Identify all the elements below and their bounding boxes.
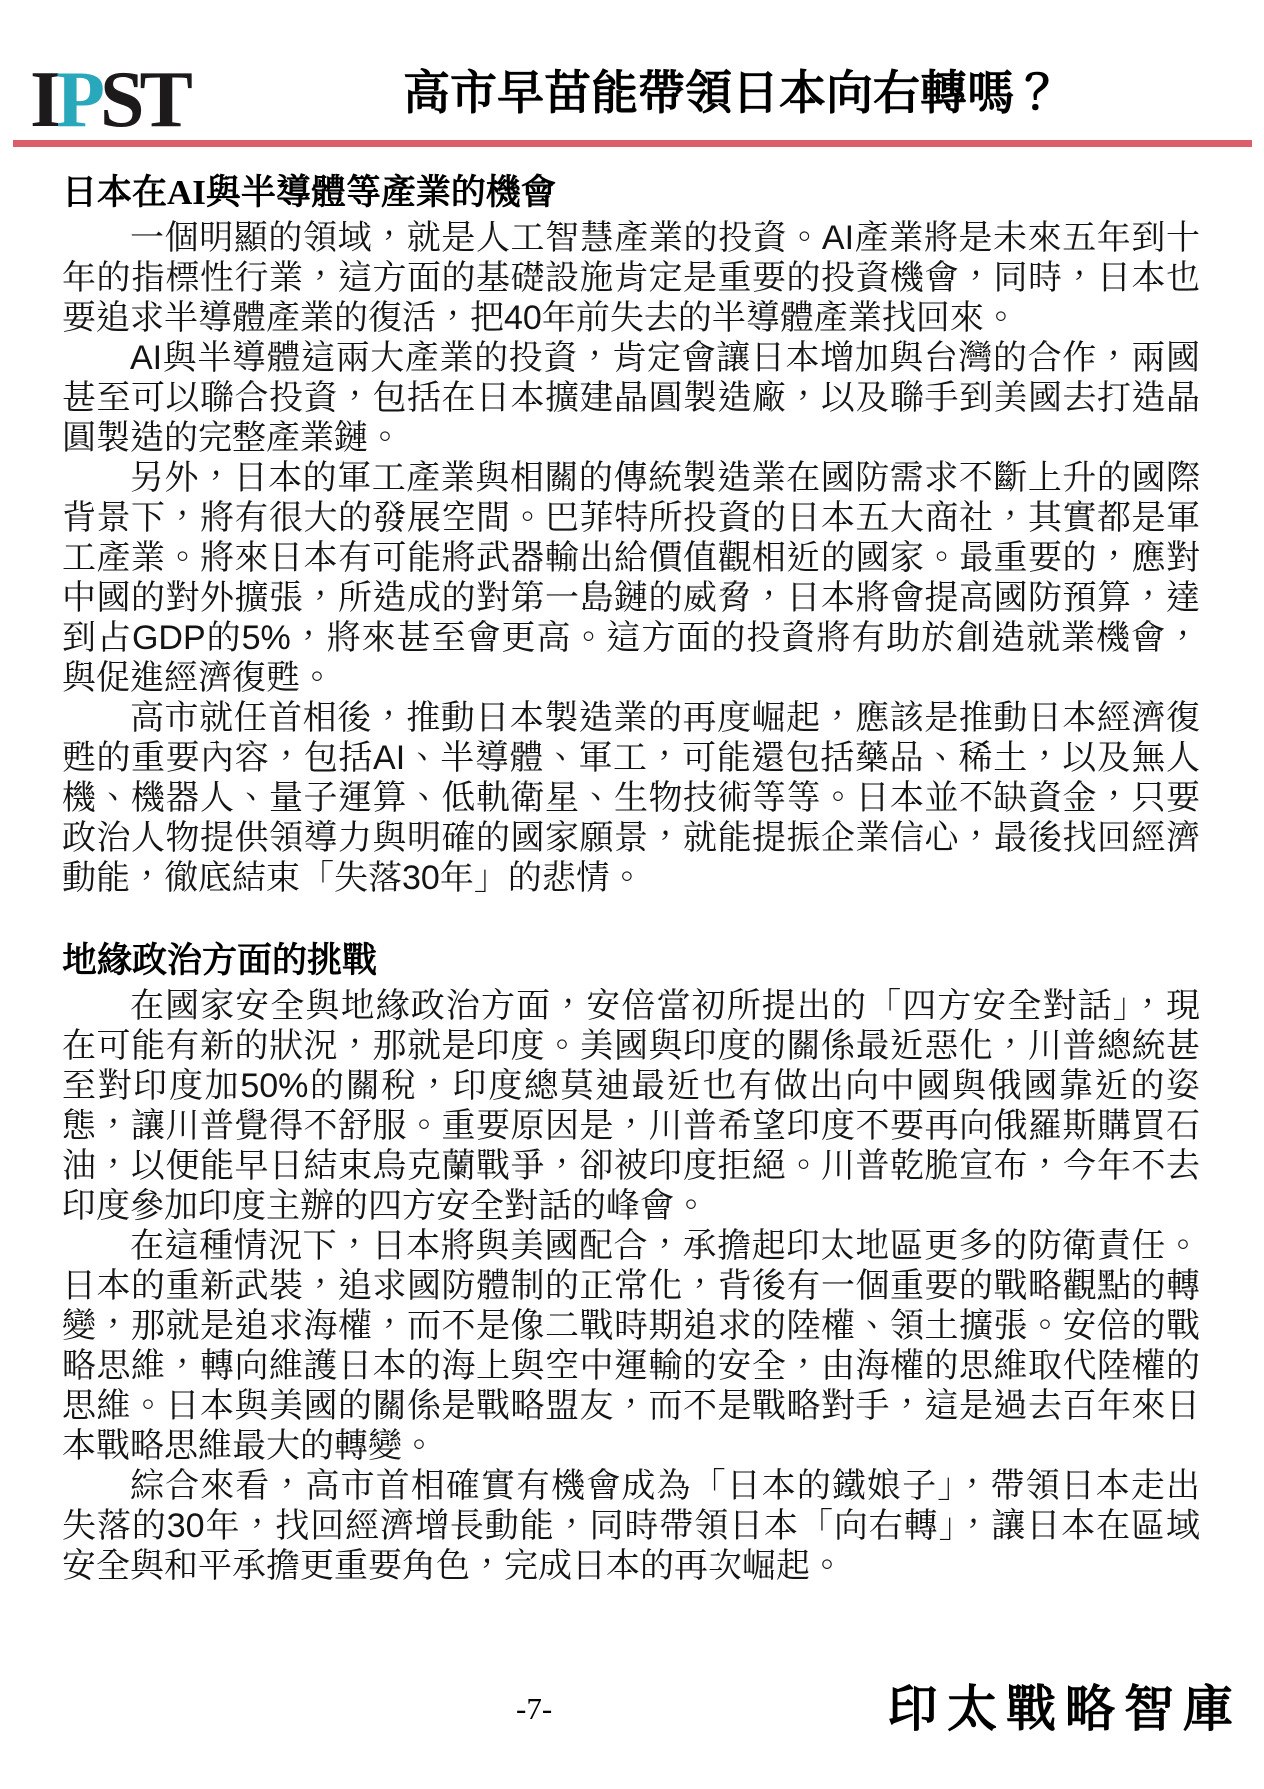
logo-letter-i: I [30, 56, 56, 144]
article-body: 日本在AI與半導體等產業的機會 一個明顯的領域，就是人工智慧產業的投資。AI產業… [62, 172, 1200, 1586]
paragraph-defense-industry: 另外，日本的軍工產業與相關的傳統製造業在國防需求不斷上升的國際背景下，將有很大的… [62, 458, 1200, 698]
logo-letters-st: ST [100, 56, 188, 144]
article-title: 高市早苗能帶領日本向右轉嗎？ [240, 66, 1224, 122]
page-header: IPST 高市早苗能帶領日本向右轉嗎？ [0, 0, 1264, 147]
section-heading-ai-semiconductor: 日本在AI與半導體等產業的機會 [62, 172, 1200, 214]
header-divider-rule [13, 140, 1252, 147]
page-number: -7- [516, 1692, 552, 1726]
paragraph-manufacturing-revival: 高市就任首相後，推動日本製造業的再度崛起，應該是推動日本經濟復甦的重要內容，包括… [62, 698, 1200, 898]
logo-letter-p: P [56, 56, 100, 144]
document-page: IPST 高市早苗能帶領日本向右轉嗎？ 日本在AI與半導體等產業的機會 一個明顯… [0, 0, 1264, 1789]
paragraph-taiwan-cooperation: AI與半導體這兩大產業的投資，肯定會讓日本增加與台灣的合作，兩國甚至可以聯合投資… [62, 338, 1200, 458]
paragraph-japan-us-strategy: 在這種情況下，日本將與美國配合，承擔起印太地區更多的防衛責任。日本的重新武裝，追… [62, 1226, 1200, 1466]
paragraph-ai-investment: 一個明顯的領域，就是人工智慧產業的投資。AI產業將是未來五年到十年的指標性行業，… [62, 218, 1200, 338]
section-heading-geopolitics: 地緣政治方面的挑戰 [62, 940, 1200, 982]
think-tank-brand: 印太戰略智庫 [888, 1682, 1242, 1737]
ipst-logo: IPST [30, 60, 188, 140]
paragraph-quad-india: 在國家安全與地緣政治方面，安倍當初所提出的「四方安全對話」，現在可能有新的狀況，… [62, 986, 1200, 1226]
paragraph-conclusion: 綜合來看，高市首相確實有機會成為「日本的鐵娘子」，帶領日本走出失落的30年，找回… [62, 1466, 1200, 1586]
